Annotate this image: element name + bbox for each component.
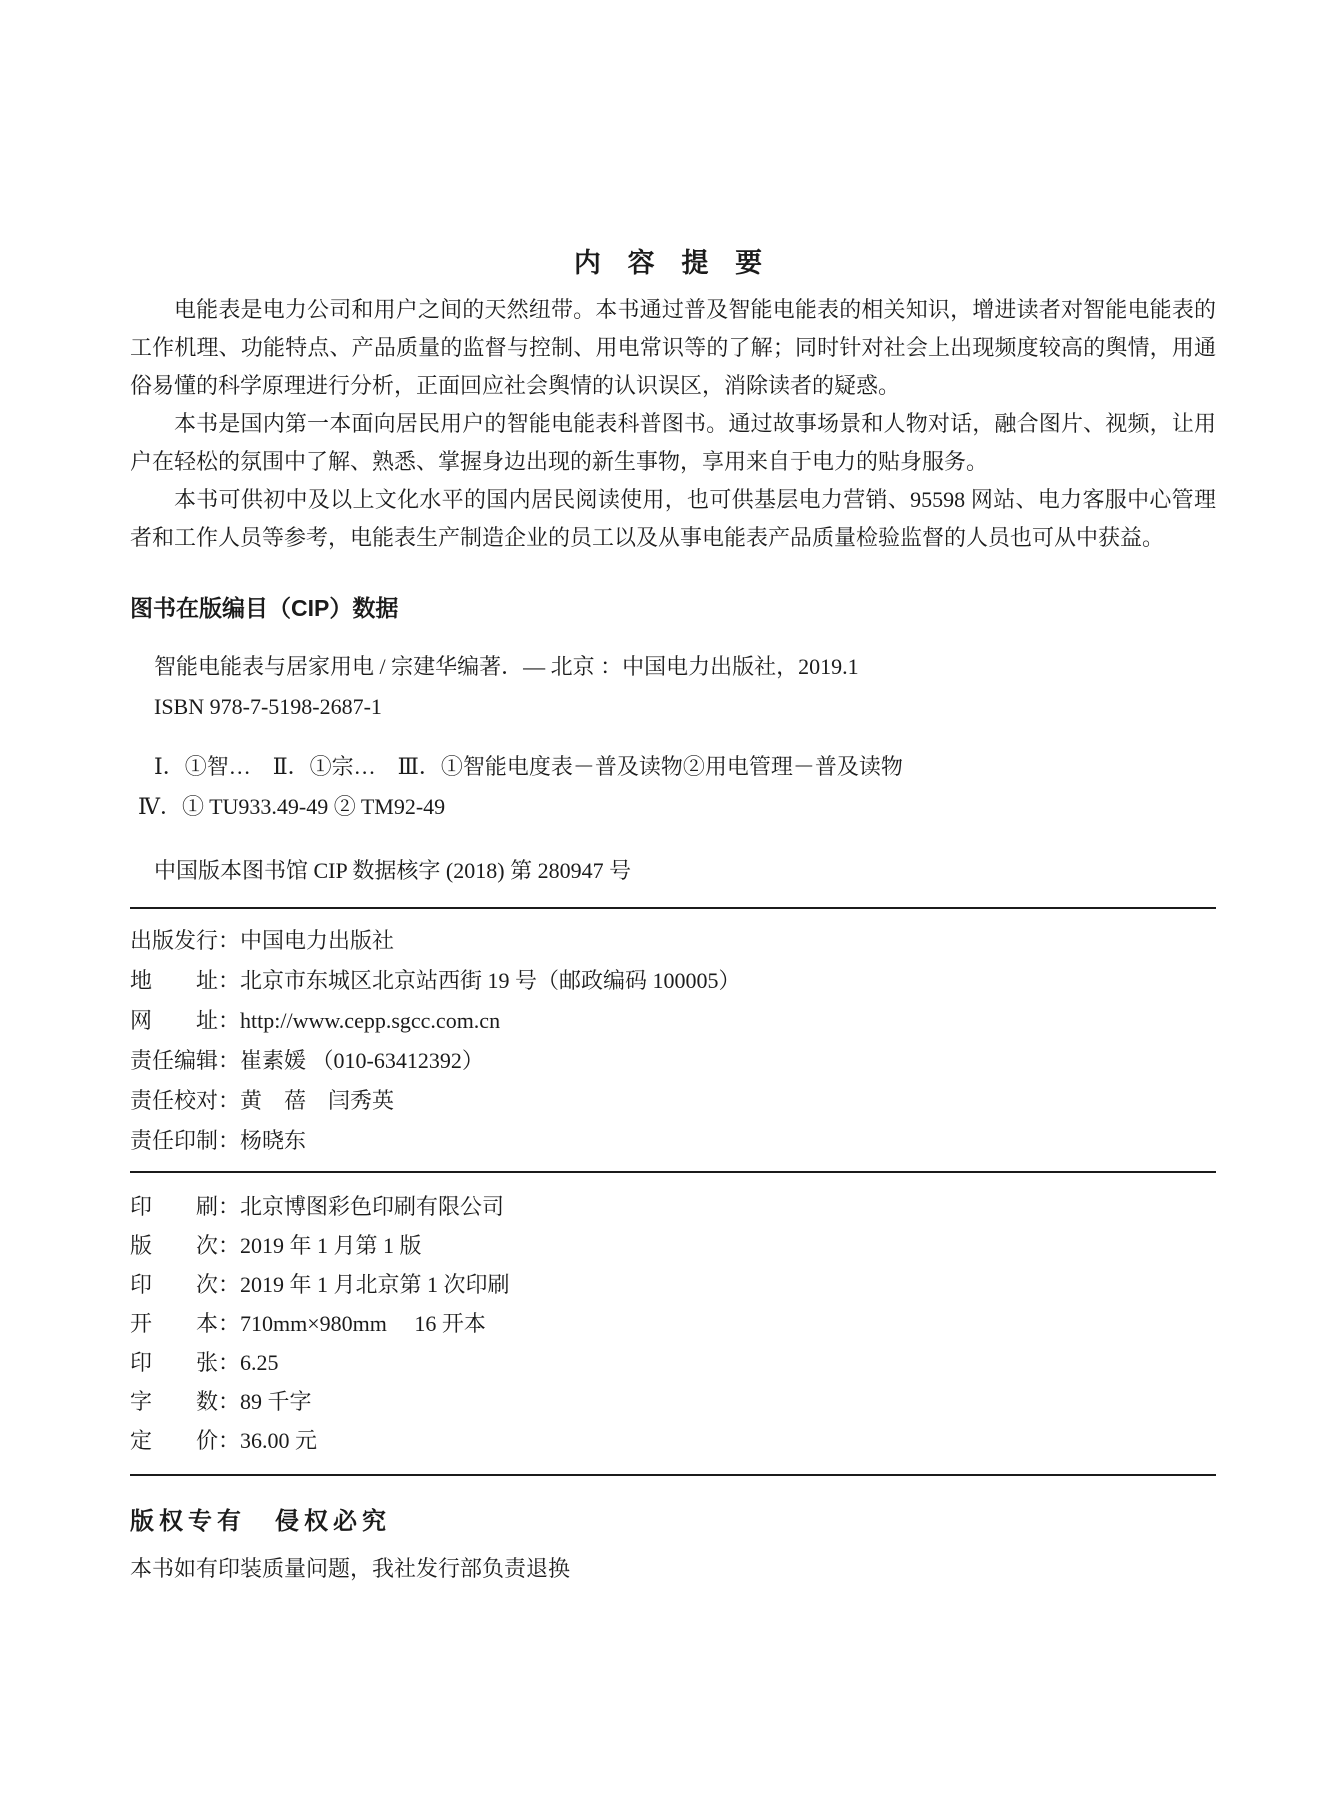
- info-label: 定 价：: [130, 1421, 240, 1460]
- cip-header: 图书在版编目（CIP）数据: [130, 593, 1216, 623]
- info-row: 出版发行： 中国电力出版社: [130, 921, 1216, 961]
- info-row: 印 次： 2019 年 1 月北京第 1 次印刷: [130, 1265, 1216, 1304]
- info-row: 地 址： 北京市东城区北京站西街 19 号（邮政编码 100005）: [130, 961, 1216, 1001]
- info-row: 开 本： 710mm×980mm 16 开本: [130, 1304, 1216, 1343]
- info-label: 责任校对：: [130, 1081, 240, 1121]
- info-value: http://www.cepp.sgcc.com.cn: [240, 1001, 500, 1041]
- copyright-page: 内 容 提 要 电能表是电力公司和用户之间的天然纽带。本书通过普及智能电能表的相…: [0, 0, 1339, 1812]
- info-row: 版 次： 2019 年 1 月第 1 版: [130, 1226, 1216, 1265]
- info-label: 地 址：: [130, 961, 240, 1001]
- cip-registry: 中国版本图书馆 CIP 数据核字 (2018) 第 280947 号: [154, 851, 1216, 891]
- info-row: 印 张： 6.25: [130, 1343, 1216, 1382]
- info-row: 责任校对： 黄 蓓 闫秀英: [130, 1081, 1216, 1121]
- cip-description: 智能电能表与居家用电 / 宗建华编著．— 北京 ：中国电力出版社，2019.1: [154, 647, 1216, 687]
- info-label: 责任编辑：: [130, 1041, 240, 1081]
- info-value: 2019 年 1 月北京第 1 次印刷: [240, 1265, 510, 1304]
- publisher-info: 出版发行： 中国电力出版社 地 址： 北京市东城区北京站西街 19 号（邮政编码…: [130, 909, 1216, 1161]
- info-value: 中国电力出版社: [240, 921, 394, 961]
- cip-block: 智能电能表与居家用电 / 宗建华编著．— 北京 ：中国电力出版社，2019.1 …: [154, 647, 1216, 891]
- info-value: 北京市东城区北京站西街 19 号（邮政编码 100005）: [240, 961, 741, 1001]
- info-row: 定 价： 36.00 元: [130, 1421, 1216, 1460]
- info-label: 出版发行：: [130, 921, 240, 961]
- abstract-paragraph: 电能表是电力公司和用户之间的天然纽带。本书通过普及智能电能表的相关知识，增进读者…: [130, 291, 1216, 405]
- abstract-title: 内 容 提 要: [130, 247, 1216, 279]
- info-label: 开 本：: [130, 1304, 240, 1343]
- info-row: 责任印制： 杨晓东: [130, 1121, 1216, 1161]
- info-value: 北京博图彩色印刷有限公司: [240, 1187, 504, 1226]
- info-label: 印 次：: [130, 1265, 240, 1304]
- info-value: 黄 蓓 闫秀英: [240, 1081, 394, 1121]
- info-label: 印 张：: [130, 1343, 240, 1382]
- cip-classification-line: Ⅳ．① TU933.49-49 ② TM92-49: [138, 787, 1216, 827]
- info-label: 网 址：: [130, 1001, 240, 1041]
- abstract-paragraph: 本书是国内第一本面向居民用户的智能电能表科普图书。通过故事场景和人物对话，融合图…: [130, 405, 1216, 481]
- cip-isbn: ISBN 978-7-5198-2687-1: [154, 687, 1216, 727]
- info-row: 责任编辑： 崔素媛 （010-63412392）: [130, 1041, 1216, 1081]
- info-row: 字 数： 89 千字: [130, 1382, 1216, 1421]
- page-content: 内 容 提 要 电能表是电力公司和用户之间的天然纽带。本书通过普及智能电能表的相…: [130, 0, 1216, 1584]
- copyright-notice-title: 版权专有 侵权必究: [130, 1506, 1216, 1538]
- info-value: 崔素媛 （010-63412392）: [240, 1041, 484, 1081]
- printing-info: 印 刷： 北京博图彩色印刷有限公司 版 次： 2019 年 1 月第 1 版 印…: [130, 1173, 1216, 1460]
- info-value: 6.25: [240, 1343, 279, 1382]
- info-label: 印 刷：: [130, 1187, 240, 1226]
- info-value: 2019 年 1 月第 1 版: [240, 1226, 422, 1265]
- info-row: 网 址： http://www.cepp.sgcc.com.cn: [130, 1001, 1216, 1041]
- info-value: 710mm×980mm 16 开本: [240, 1304, 486, 1343]
- info-value: 36.00 元: [240, 1421, 317, 1460]
- info-label: 责任印制：: [130, 1121, 240, 1161]
- abstract-section: 电能表是电力公司和用户之间的天然纽带。本书通过普及智能电能表的相关知识，增进读者…: [130, 291, 1216, 557]
- divider: [130, 1474, 1216, 1476]
- abstract-paragraph: 本书可供初中及以上文化水平的国内居民阅读使用，也可供基层电力营销、95598 网…: [130, 481, 1216, 557]
- info-label: 版 次：: [130, 1226, 240, 1265]
- info-row: 印 刷： 北京博图彩色印刷有限公司: [130, 1187, 1216, 1226]
- copyright-notice-text: 本书如有印装质量问题，我社发行部负责退换: [130, 1554, 1216, 1584]
- info-value: 杨晓东: [240, 1121, 306, 1161]
- cip-classification-line: Ⅰ．①智… Ⅱ．①宗… Ⅲ．①智能电度表－普及读物②用电管理－普及读物: [154, 747, 1216, 787]
- info-label: 字 数：: [130, 1382, 240, 1421]
- info-value: 89 千字: [240, 1382, 312, 1421]
